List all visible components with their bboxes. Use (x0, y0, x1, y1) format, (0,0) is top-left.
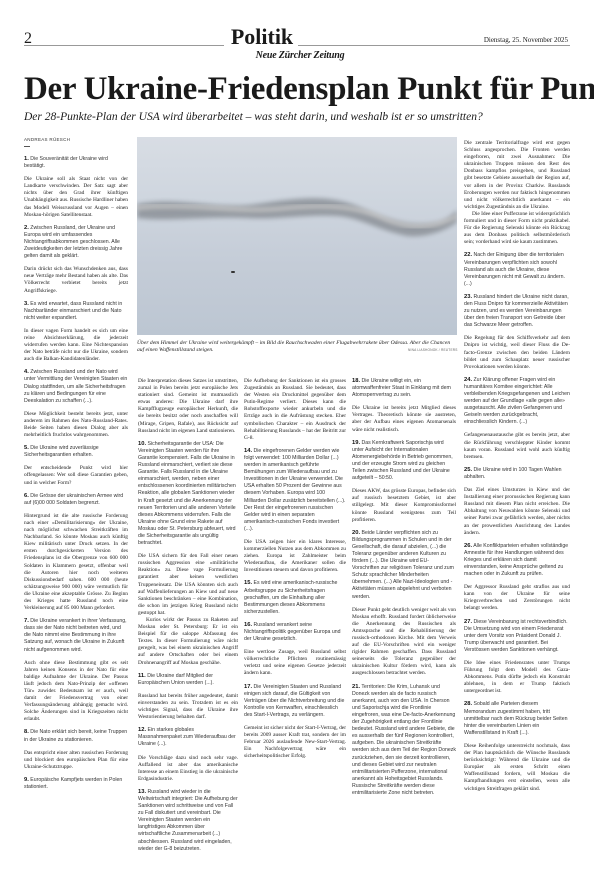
byline-divider (24, 146, 30, 147)
point-number: 20. (352, 530, 360, 536)
plan-point: 3. Es wird erwartet, dass Russland nicht… (24, 301, 128, 322)
point-number: 13. (138, 789, 146, 795)
point-number: 19. (352, 440, 360, 446)
plan-point: 21. Territorien: Die Krim, Luhansk und D… (352, 684, 456, 798)
plan-point: 8. Die Nato erklärt sich bereit, keine T… (24, 729, 128, 743)
aircraft-silhouette (231, 271, 235, 273)
point-commentary: Die Aufhebung der Sanktionen ist ein gro… (244, 378, 346, 442)
point-number: 11. (138, 673, 146, 679)
plan-point: 16. Russland verankert seine Nichtangrif… (244, 622, 346, 643)
plan-point: 11. Die Ukraine darf Mitglied der Europä… (138, 673, 238, 687)
plan-point: 23. Russland hindert die Ukraine nicht d… (464, 294, 570, 329)
plan-point: 9. Europäische Kampfjets werden in Polen… (24, 777, 128, 791)
issue-date: Dienstag, 25. November 2025 (484, 36, 568, 44)
plan-point: 26. Alle Konfliktparteien erhalten volls… (464, 543, 570, 578)
plan-point: 10. Sicherheitsgarantie der USA: Die Ver… (138, 441, 238, 547)
point-commentary: Darin drückt sich das Wunschdenken aus, … (24, 266, 128, 294)
point-commentary: Gefangenenaustausche gibt es bereits jet… (464, 432, 570, 460)
article-column-3: Die Aufhebung der Sanktionen ist ein gro… (244, 378, 346, 767)
point-commentary: Auch ohne diese Bestimmung gibt es seit … (24, 660, 128, 724)
article-column-5: Die zentrale Territorialfrage wird erst … (464, 140, 570, 799)
point-commentary: Die zentrale Territorialfrage wird erst … (464, 140, 570, 211)
plan-point: 7. Die Ukraine verankert in ihrer Verfas… (24, 618, 128, 653)
point-commentary: Dieses AKW, das grösste Europas, befinde… (352, 488, 456, 523)
point-number: 7. (24, 618, 29, 624)
point-commentary: Die Ukraine soll als Staat nicht von der… (24, 176, 128, 219)
point-number: 4. (24, 369, 29, 375)
point-number: 23. (464, 294, 472, 300)
point-number: 21. (352, 684, 360, 690)
point-commentary: Russland hat bereits früher angedeutet, … (138, 693, 238, 721)
plan-point: 19. Das Kernkraftwerk Saporischja wird u… (352, 440, 456, 483)
point-commentary: Eine wertlose Zusage, weil Russland selb… (244, 649, 346, 677)
masthead-rule-left (24, 45, 224, 46)
plan-point: 22. Nach der Einigung über die territori… (464, 252, 570, 287)
point-commentary: Diese Möglichkeit besteht bereits jetzt,… (24, 411, 128, 439)
plan-point: 4. Zwischen Russland und der Nato wird u… (24, 369, 128, 404)
point-number: 15. (244, 580, 252, 586)
point-commentary: Die Idee eines Friedensrates unter Trump… (464, 660, 570, 695)
point-number: 17. (244, 684, 252, 690)
point-number: 22. (464, 252, 472, 258)
plan-point: 18. Die Ukraine willigt ein, ein atomwaf… (352, 378, 456, 399)
point-commentary: Gemeint ist sicher nicht der Start-I-Ver… (244, 725, 346, 760)
point-commentary: Die Ukraine ist bereits jetzt Mitglied d… (352, 405, 456, 433)
point-commentary: Die USA zeigen hier ein klares Interesse… (244, 539, 346, 574)
article-headline: Der Ukraine-Friedensplan Punkt für Punkt (24, 70, 574, 108)
point-number: 18. (352, 378, 360, 384)
plan-point: 5. Die Ukraine wird zuverlässige Sicherh… (24, 445, 128, 459)
point-number: 25. (464, 467, 472, 473)
plan-point: 15. Es wird eine amerikanisch-russische … (244, 580, 346, 615)
point-number: 5. (24, 445, 29, 451)
plan-point: 1. Die Souveränität der Ukraine wird bes… (24, 156, 128, 170)
point-commentary: Die USA sichern für den Fall einer neuen… (138, 553, 238, 617)
point-commentary: Das Ziel eines Umsturzes in Kiew und der… (464, 487, 570, 537)
article-column-2: Die Interpretation dieses Satzes ist ums… (138, 378, 238, 859)
point-commentary: In dieser vagen Form handelt es sich um … (24, 328, 128, 363)
smoke-trail-graphic (137, 192, 457, 242)
plan-point: 27. Diese Vereinbarung ist rechtsverbind… (464, 619, 570, 654)
plan-point: 20. Beide Länder verpflichten sich zu Bi… (352, 530, 456, 601)
point-number: 3. (24, 301, 29, 307)
point-commentary: Das entspricht einer alten russischen Fo… (24, 750, 128, 771)
point-number: 2. (24, 225, 29, 231)
point-commentary: Diese Reihenfolge unterstreicht nochmals… (464, 743, 570, 793)
article-column-1: 1. Die Souveränität der Ukraine wird bes… (24, 156, 128, 797)
newspaper-name: Neue Zürcher Zeitung (200, 50, 400, 61)
point-number: 16. (244, 622, 252, 628)
plan-point: 25. Die Ukraine wird in 100 Tagen Wahlen… (464, 467, 570, 481)
point-commentary: Kurios wirkt der Passus zu Raketen auf M… (138, 617, 238, 667)
plan-point: 14. Die eingefrorenen Gelder werden wie … (244, 448, 346, 533)
point-number: 26. (464, 543, 472, 549)
point-commentary: Der Aggressor Russland geht straflos aus… (464, 584, 570, 612)
point-commentary: Die Interpretation dieses Satzes ist ums… (138, 378, 238, 435)
point-number: 10. (138, 441, 146, 447)
section-title: Politik (226, 24, 298, 50)
point-commentary: Dieser Punkt geht deutlich weniger weit … (352, 607, 456, 678)
plan-point: 2. Zwischen Russland, der Ukraine und Eu… (24, 225, 128, 260)
point-number: 1. (24, 156, 29, 162)
plan-point: 17. Die Vereinigten Staaten und Russland… (244, 684, 346, 719)
article-subheadline: Der 28-Punkte-Plan der USA wird überarbe… (24, 111, 574, 123)
point-commentary: Die Regelung für den Schiffsverkehr auf … (464, 335, 570, 370)
plan-point: 13. Russland wird wieder in die Weltwirt… (138, 789, 238, 853)
author-byline: ANDREAS RÜESCH (24, 137, 70, 142)
plan-point: 28. Sobald alle Parteien diesem Memorand… (464, 701, 570, 736)
point-number: 9. (24, 777, 29, 783)
point-number: 12. (138, 727, 146, 733)
point-number: 27. (464, 619, 472, 625)
point-commentary: Der entscheidende Punkt wird hier offeng… (24, 465, 128, 486)
masthead-rule-right (298, 45, 570, 46)
article-column-4: 18. Die Ukraine willigt ein, ein atomwaf… (352, 378, 456, 803)
photo-credit: NINA LIASHONOK / REUTERS (408, 348, 458, 352)
point-commentary: Die Vorschläge dazu sind noch sehr vage.… (138, 755, 238, 783)
article-photo (137, 137, 457, 335)
plan-point: 24. Zur Klärung offener Fragen wird ein … (464, 377, 570, 427)
plan-point: 12. Ein starkes globales Massnahmenpaket… (138, 727, 238, 748)
point-number: 6. (24, 493, 29, 499)
point-number: 8. (24, 729, 29, 735)
point-number: 28. (464, 701, 472, 707)
plan-point: 6. Die Grösse der ukrainischen Armee wir… (24, 493, 128, 507)
point-number: 24. (464, 377, 472, 383)
point-number: 14. (244, 448, 252, 454)
point-commentary: Hintergrund ist die alte russische Forde… (24, 513, 128, 612)
point-commentary: Die Idee einer Pufferzone ist widersprüc… (464, 211, 570, 246)
